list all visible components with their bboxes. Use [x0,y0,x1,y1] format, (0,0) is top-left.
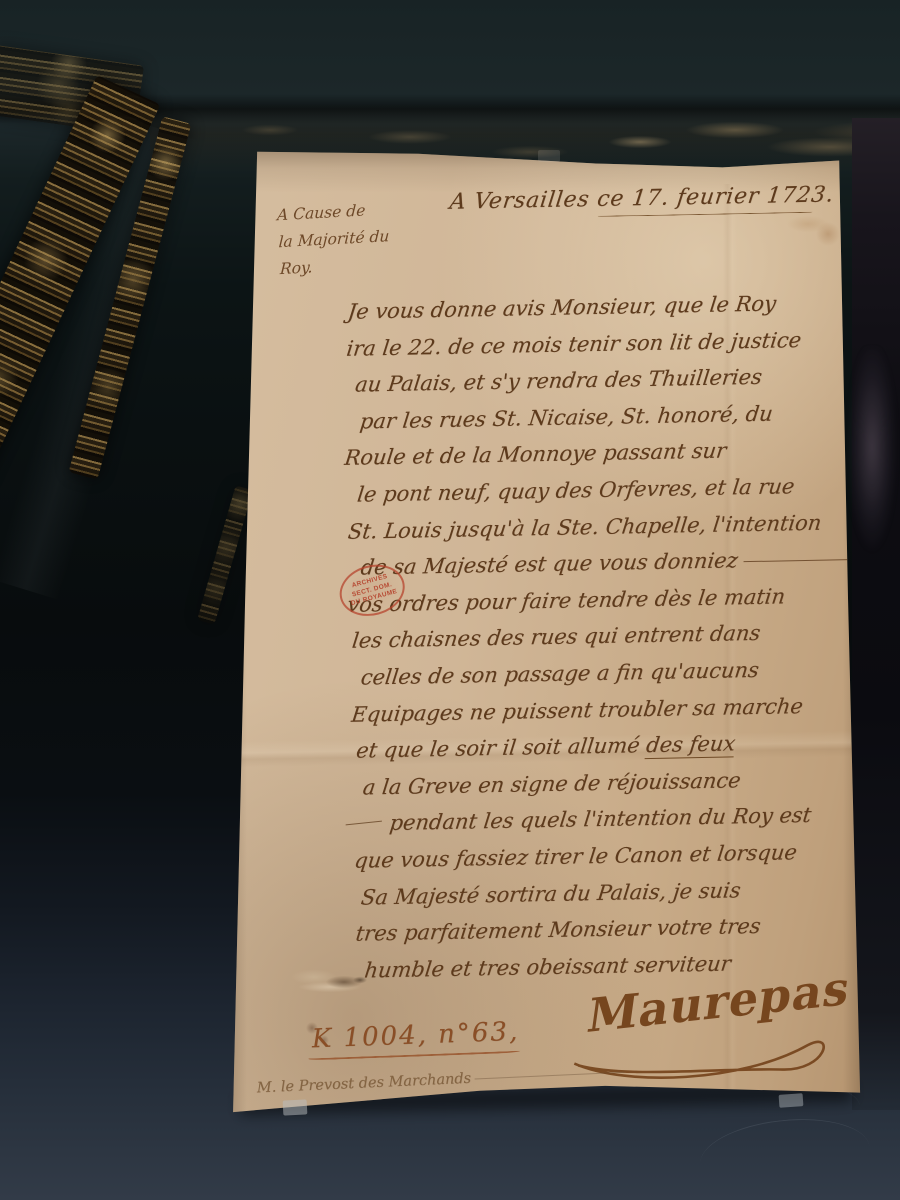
line-text: au Palais, et s'y rendra des Thuilleries [354,365,764,397]
glass-scratch [697,1111,873,1199]
dateline: A Versailles ce 17. feurier 1723. [448,182,835,214]
line-text: Sa Majesté sortira du Palais, je suis [360,878,742,909]
manuscript-paper: A Cause de la Majorité du Roy. A Versail… [228,144,862,1116]
line-text: Equipages ne puissent troubler sa marche [350,694,804,727]
line-text: humble et tres obeissant serviteur [363,951,732,982]
line-text: et que le soir il soit allumé [355,733,648,763]
marginal-note: A Cause de la Majorité du Roy. [276,193,460,284]
mounting-tab [283,1099,308,1115]
line-text: celles de son passage a fin qu'aucuns [359,658,760,690]
underlined-text: des feux [645,731,737,759]
gilded-frame-moulding-tail [197,485,253,625]
line-text: par les rues St. Nicaise, St. honoré, du [359,401,775,433]
archival-cote: K 1004, n°63, [311,1017,519,1055]
line-text: St. Louis jusqu'à la Ste. Chapelle, l'in… [347,510,823,543]
line-text: Je vous donne avis Monsieur, que le Roy [346,291,777,323]
mounting-tab [538,150,560,162]
line-text: Roule et de la Monnoye passant sur [343,439,727,470]
museum-display-photo: A Cause de la Majorité du Roy. A Versail… [0,0,900,1200]
line-text: pendant les quels l'intention du Roy est [388,803,812,835]
line-text: vos ordres pour faire tendre dès le mati… [346,584,787,616]
handwriting-layer: A Cause de la Majorité du Roy. A Versail… [219,138,872,1122]
line-text: tres parfaitement Monsieur votre tres [354,914,762,946]
pen-rule [744,559,864,562]
line-text: ira le 22. de ce mois tenir son lit de j… [345,328,802,361]
signature-paraph-flourish [565,996,877,1097]
line-text: le pont neuf, quay des Orfevres, et la r… [356,474,796,506]
mounting-tab [779,1093,804,1108]
line-text: a la Greve en signe de réjouissance [362,768,743,799]
letter-body: Je vous donne avis Monsieur, que le Roy … [342,285,835,989]
line-text: les chaisnes des rues qui entrent dans [351,621,762,653]
line-text: de sa Majesté est que vous donniez [359,548,739,579]
line-text: que vous fassiez tirer le Canon et lorsq… [353,840,798,873]
